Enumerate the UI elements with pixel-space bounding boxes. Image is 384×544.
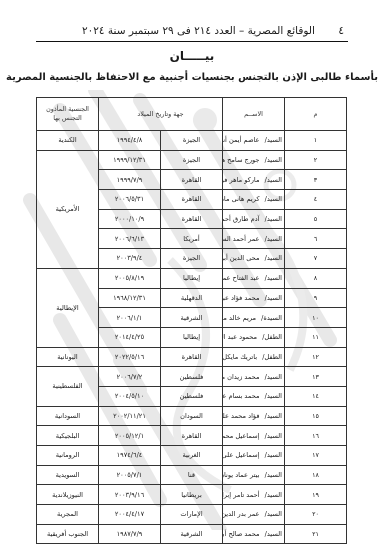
birth-date: ٢٠٠٤/٤/١٧ — [99, 505, 161, 525]
person-name: محمد فؤاد عبد الجليل السيد وفا — [223, 294, 260, 302]
row-number: ٧ — [285, 249, 347, 269]
honorific: السيد/ — [265, 432, 282, 440]
person-name-cell: السيد/ بيتر عماد يونان سامى — [223, 465, 285, 485]
honorific: السيد/ — [265, 373, 282, 381]
row-number: ١٩ — [285, 485, 347, 505]
authorized-nationality: الأمريكية — [37, 150, 99, 268]
birth-place: الجيزة — [161, 131, 223, 151]
row-number: ١٨ — [285, 465, 347, 485]
birth-date: ٢٠٠٣/٩/٤ — [99, 249, 161, 269]
birth-date: ١٩٩٤/٤/٨ — [99, 131, 161, 151]
birth-date: ٢٠٠٤/٥/١٠ — [99, 386, 161, 406]
person-name: إسماعيل محمد يحيى عبد العاطى محمد — [223, 432, 260, 440]
row-number: ١ — [285, 131, 347, 151]
birth-place: القاهرة — [161, 426, 223, 446]
person-name: عمر بدر الدين حامد محمود — [223, 510, 260, 518]
birth-date: ١٩٨٧/٧/٩ — [99, 524, 161, 544]
honorific: الطفل/ — [262, 333, 282, 341]
authorized-nationality: الإيطالية — [37, 268, 99, 347]
birth-date: ٢٠٠٦/١/١ — [99, 308, 161, 328]
birth-place: الإمارات — [161, 505, 223, 525]
person-name: ماركو ماهر فؤاد جرجس — [223, 176, 260, 184]
row-number: ٢ — [285, 150, 347, 170]
person-name: إسماعيل على إسماعيل الشرقاوى — [223, 451, 260, 459]
person-name-cell: السيد/ إسماعيل على إسماعيل الشرقاوى — [223, 446, 285, 466]
birth-date: ٢٠٠٥/٧/١ — [99, 465, 161, 485]
header-number: م — [285, 98, 347, 131]
honorific: السيد/ — [265, 215, 282, 223]
authorized-nationality: السودانية — [37, 406, 99, 426]
honorific: السيد/ — [265, 235, 282, 243]
gazette-issue-line: الوقائع المصرية – العدد ٢١٤ فى ٢٩ سبتمبر… — [36, 25, 315, 37]
person-name-cell: السيد/ عمر أحمد السيدى بسطامى شلبى — [223, 229, 285, 249]
person-name-cell: السيد/ محمد صالح أبو زيد محمد — [223, 524, 285, 544]
table-row: ١٢الطفل/ باتريك مايكل نادى حليم عبد السي… — [37, 347, 347, 367]
table-row: ٢السيد/ جورج سامح هنرى إلياس بسطوروسالجي… — [37, 150, 347, 170]
person-name-cell: السيد/ عبد الفتاح عماد عبد الفتاح شتات — [223, 268, 285, 288]
person-name-cell: الطفل/ باتريك مايكل نادى حليم عبد السيد — [223, 347, 285, 367]
row-number: ١٠ — [285, 308, 347, 328]
person-name: محمود عبد الحميد محمود سيد أحمد عمر — [223, 333, 258, 341]
table-row: ١٦السيد/ إسماعيل محمد يحيى عبد العاطى مح… — [37, 426, 347, 446]
page-header: ٤ الوقائع المصرية – العدد ٢١٤ فى ٢٩ سبتم… — [36, 22, 348, 40]
table-row: ١٥السيد/ فؤاد محمد على محمد صديقالسودان٢… — [37, 406, 347, 426]
birth-date: ٢٠١٤/٤/٢٥ — [99, 327, 161, 347]
birth-date: ١٩٩٩/٧/٩ — [99, 170, 161, 190]
document-title: بيـــــان — [0, 49, 384, 63]
authorized-nationality: اليونانية — [37, 347, 99, 367]
birth-place: فلسطين — [161, 386, 223, 406]
honorific: السيد/ — [265, 491, 282, 499]
row-number: ٦ — [285, 229, 347, 249]
table-row: ٢١السيد/ محمد صالح أبو زيد محمدالشرقية١٩… — [37, 524, 347, 544]
birth-date: ٢٠٠٥/٨/١٩ — [99, 268, 161, 288]
person-name-cell: السيد/ آدم طارق أحمد الجمال — [223, 209, 285, 229]
birth-place: السودان — [161, 406, 223, 426]
table-row: ٢٠السيد/ عمر بدر الدين حامد محمودالإمارا… — [37, 505, 347, 525]
table-body: ١السيد/ عاصم أيمن أنور أحمدالجيزة١٩٩٤/٤/… — [37, 131, 347, 544]
person-name: باتريك مايكل نادى حليم عبد السيد — [223, 353, 258, 361]
header-birth: جهة وتاريخ الميلاد — [99, 98, 223, 131]
honorific: السيد/ — [265, 195, 282, 203]
honorific: السيد/ — [265, 254, 282, 262]
birth-date: ٢٠٢٢/٥/١٦ — [99, 347, 161, 367]
birth-place: قنا — [161, 465, 223, 485]
authorized-nationality: الجنوب أفريقية — [37, 524, 99, 544]
person-name: عمر أحمد السيدى بسطامى شلبى — [223, 235, 260, 243]
birth-date: ١٩٦٨/١٢/٣١ — [99, 288, 161, 308]
birth-place: الغربية — [161, 446, 223, 466]
authorized-nationality: البلجيكية — [37, 426, 99, 446]
row-number: ١٤ — [285, 386, 347, 406]
row-number: ١٣ — [285, 367, 347, 387]
person-name: بيتر عماد يونان سامى — [223, 471, 260, 479]
person-name-cell: السيد/ محمد بسام عودة محمود عبد القادر س… — [223, 386, 285, 406]
honorific: السيد/ — [265, 451, 282, 459]
table-row: ١٣السيد/ محمد زيدان محمد زيدان نصر الله … — [37, 367, 347, 387]
row-number: ٢١ — [285, 524, 347, 544]
person-name-cell: السيد/ إسماعيل محمد يحيى عبد العاطى محمد — [223, 426, 285, 446]
header-nationality: الجنسية المأذون التجنس بها — [37, 98, 99, 131]
person-name: محمد بسام عودة محمود عبد القادر سلمان ما… — [223, 392, 260, 400]
authorized-nationality: الرومانية — [37, 446, 99, 466]
birth-date: ٢٠٠٦/٧/٢ — [99, 367, 161, 387]
honorific: السيد/ — [265, 274, 282, 282]
person-name: عبد الفتاح عماد عبد الفتاح شتات — [223, 274, 260, 282]
honorific: الطفل/ — [262, 353, 282, 361]
person-name: فؤاد محمد على محمد صديق — [223, 412, 260, 420]
row-number: ٩ — [285, 288, 347, 308]
honorific: السيد/ — [265, 412, 282, 420]
person-name: كريم هانى ماهر عازر أسعد — [223, 195, 260, 203]
honorific: السيد/ — [265, 530, 282, 538]
header-name: الاســم — [223, 98, 285, 131]
birth-place: الدقهلية — [161, 288, 223, 308]
person-name: مريم خالد منصور شحاتة منصور — [223, 314, 257, 322]
person-name-cell: السيد/ أحمد تامر إبراهيم فتحى حمودة — [223, 485, 285, 505]
birth-place: الجيزة — [161, 150, 223, 170]
table-row: ١٩السيد/ أحمد تامر إبراهيم فتحى حمودةبري… — [37, 485, 347, 505]
birth-place: القاهرة — [161, 347, 223, 367]
page-number: ٤ — [338, 25, 348, 37]
person-name-cell: السيد/ محمد فؤاد عبد الجليل السيد وفا — [223, 288, 285, 308]
person-name: محمد زيدان محمد زيدان نصر الله منصور قشط… — [223, 373, 260, 381]
row-number: ١٢ — [285, 347, 347, 367]
birth-place: الشرقية — [161, 308, 223, 328]
birth-place: أمريكا — [161, 229, 223, 249]
honorific: السيد/ — [265, 136, 282, 144]
honorific: السيد/ — [265, 176, 282, 184]
person-name-cell: السيد/ فؤاد محمد على محمد صديق — [223, 406, 285, 426]
table-row: ١٨السيد/ بيتر عماد يونان سامىقنا٢٠٠٥/٧/١… — [37, 465, 347, 485]
birth-date: ١٩٧٤/٦/٤ — [99, 446, 161, 466]
person-name: محى الدين أبو بكر فرج أبو بكر الحلو — [223, 254, 260, 262]
authorized-nationality: المجرية — [37, 505, 99, 525]
authorized-nationality: السويدية — [37, 465, 99, 485]
row-number: ٢٠ — [285, 505, 347, 525]
person-name: جورج سامح هنرى إلياس بسطوروس — [223, 156, 260, 164]
birth-date: ٢٠٠٥/١٢/١ — [99, 426, 161, 446]
row-number: ١٥ — [285, 406, 347, 426]
birth-place: القاهرة — [161, 190, 223, 210]
person-name-cell: السيد/ جورج سامح هنرى إلياس بسطوروس — [223, 150, 285, 170]
person-name-cell: السيد/ محمد زيدان محمد زيدان نصر الله من… — [223, 367, 285, 387]
person-name-cell: السيدة/ مريم خالد منصور شحاتة منصور — [223, 308, 285, 328]
birth-date: ٢٠٠٣/٩/١٦ — [99, 485, 161, 505]
row-number: ١٦ — [285, 426, 347, 446]
honorific: السيد/ — [265, 471, 282, 479]
birth-place: الشرقية — [161, 524, 223, 544]
row-number: ٨ — [285, 268, 347, 288]
authorized-nationality: الفلسطينية — [37, 367, 99, 406]
honorific: السيد/ — [265, 510, 282, 518]
person-name-cell: السيد/ كريم هانى ماهر عازر أسعد — [223, 190, 285, 210]
honorific: السيد/ — [265, 392, 282, 400]
honorific: السيدة/ — [261, 314, 282, 322]
birth-place: إيطاليا — [161, 268, 223, 288]
honorific: السيد/ — [265, 156, 282, 164]
row-number: ٤ — [285, 190, 347, 210]
birth-place: إيطاليا — [161, 327, 223, 347]
birth-date: ١٩٩٩/١٢/٣١ — [99, 150, 161, 170]
table-row: ١السيد/ عاصم أيمن أنور أحمدالجيزة١٩٩٤/٤/… — [37, 131, 347, 151]
birth-date: ٢٠٠٠/١٠/٩ — [99, 209, 161, 229]
naturalization-table: م الاســم جهة وتاريخ الميلاد الجنسية الم… — [36, 97, 347, 544]
table-row: ١٧السيد/ إسماعيل على إسماعيل الشرقاوىالغ… — [37, 446, 347, 466]
birth-place: القاهرة — [161, 170, 223, 190]
birth-date: ٢٠٠٦/٥/٣١ — [99, 190, 161, 210]
row-number: ١٧ — [285, 446, 347, 466]
birth-date: ٢٠٠٢/١١/٢١ — [99, 406, 161, 426]
birth-date: ٢٠٠٦/٦/١٣ — [99, 229, 161, 249]
person-name-cell: السيد/ عاصم أيمن أنور أحمد — [223, 131, 285, 151]
document-subtitle: بأسماء طالبى الإذن بالتجنس بجنسيات أجنبي… — [0, 72, 384, 83]
person-name: أحمد تامر إبراهيم فتحى حمودة — [223, 491, 260, 499]
table-header-row: م الاســم جهة وتاريخ الميلاد الجنسية الم… — [37, 98, 347, 131]
person-name: محمد صالح أبو زيد محمد — [223, 530, 260, 538]
header-divider — [36, 41, 348, 42]
honorific: السيد/ — [265, 294, 282, 302]
row-number: ١١ — [285, 327, 347, 347]
person-name: آدم طارق أحمد الجمال — [223, 215, 260, 223]
birth-place: بريطانيا — [161, 485, 223, 505]
birth-place: فلسطين — [161, 367, 223, 387]
person-name: عاصم أيمن أنور أحمد — [223, 136, 260, 144]
birth-place: الجيزة — [161, 249, 223, 269]
row-number: ٥ — [285, 209, 347, 229]
person-name-cell: السيد/ ماركو ماهر فؤاد جرجس — [223, 170, 285, 190]
birth-place: القاهرة — [161, 209, 223, 229]
table-row: ٨السيد/ عبد الفتاح عماد عبد الفتاح شتاتإ… — [37, 268, 347, 288]
row-number: ٣ — [285, 170, 347, 190]
authorized-nationality: الكندية — [37, 131, 99, 151]
authorized-nationality: النيوزيلاندية — [37, 485, 99, 505]
person-name-cell: السيد/ محى الدين أبو بكر فرج أبو بكر الح… — [223, 249, 285, 269]
person-name-cell: السيد/ عمر بدر الدين حامد محمود — [223, 505, 285, 525]
person-name-cell: الطفل/ محمود عبد الحميد محمود سيد أحمد ع… — [223, 327, 285, 347]
